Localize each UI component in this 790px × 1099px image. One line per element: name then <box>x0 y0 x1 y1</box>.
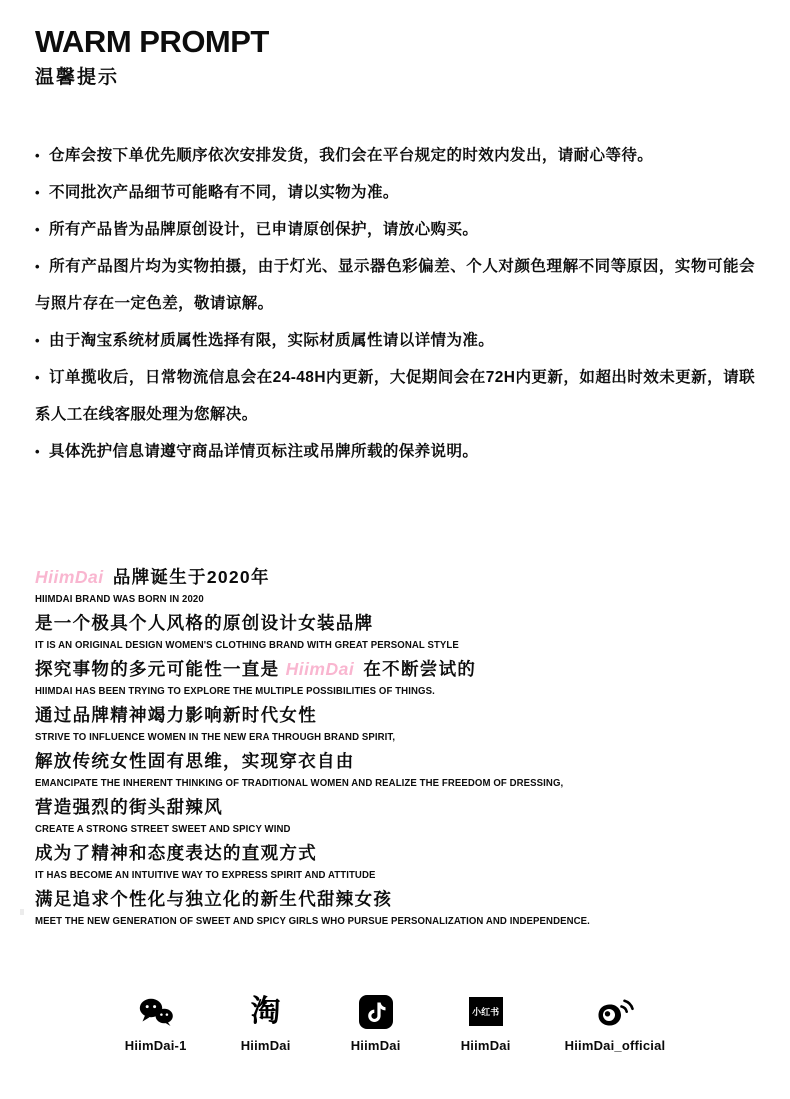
brand-story-text: 是一个极具个人风格的原创设计女装品牌 <box>35 613 373 633</box>
warm-prompt-page: WARM PROMPT 温馨提示 仓库会按下单优先顺序依次安排发货，我们会在平台… <box>0 0 790 1099</box>
brand-story-line-cn: 解放传统女性固有思维，实现穿衣自由 <box>35 750 755 772</box>
social-account: 小红书 HiimDai <box>455 992 517 1053</box>
weibo-icon <box>595 992 635 1032</box>
social-handle: HiimDai_official <box>565 1038 666 1053</box>
brand-story-line: 解放传统女性固有思维，实现穿衣自由 EMANCIPATE THE INHEREN… <box>35 750 755 790</box>
notice-list: 仓库会按下单优先顺序依次安排发货，我们会在平台规定的时效内发出，请耐心等待。不同… <box>35 137 755 470</box>
social-account: 淘 HiimDai <box>235 992 297 1053</box>
notice-item: 由于淘宝系统材质属性选择有限，实际材质属性请以详情为准。 <box>35 322 755 359</box>
brand-story-line-cn: 营造强烈的街头甜辣风 <box>35 796 755 818</box>
brand-story-text: 营造强烈的街头甜辣风 <box>35 797 223 817</box>
social-account: HiimDai_official <box>565 992 666 1053</box>
brand-story-line: 营造强烈的街头甜辣风 CREATE A STRONG STREET SWEET … <box>35 796 755 836</box>
brand-name-accent: HiimDai <box>286 659 358 679</box>
brand-story-text: 探究事物的多元可能性一直是 <box>35 659 286 679</box>
brand-story-line: HiimDai 品牌诞生于2020年 HIIMDAI BRAND WAS BOR… <box>35 566 755 606</box>
brand-story-text: 通过品牌精神竭力影响新时代女性 <box>35 705 317 725</box>
notice-item: 所有产品皆为品牌原创设计，已申请原创保护，请放心购买。 <box>35 211 755 248</box>
notice-item: 订单揽收后，日常物流信息会在24-48H内更新，大促期间会在72H内更新，如超出… <box>35 359 755 433</box>
brand-story-line-cn: 是一个极具个人风格的原创设计女装品牌 <box>35 612 755 634</box>
brand-story-line: 探究事物的多元可能性一直是 HiimDai 在不断尝试的 HIIMDAI HAS… <box>35 658 755 698</box>
page-subtitle: 温馨提示 <box>35 62 755 89</box>
brand-story-line: 满足追求个性化与独立化的新生代甜辣女孩 MEET THE NEW GENERAT… <box>35 888 755 928</box>
brand-story-line: 成为了精神和态度表达的直观方式 IT HAS BECOME AN INTUITI… <box>35 842 755 882</box>
brand-story-line-cn: 探究事物的多元可能性一直是 HiimDai 在不断尝试的 <box>35 658 755 680</box>
brand-story-text: 在不断尝试的 <box>357 659 476 679</box>
stray-mark <box>20 909 24 915</box>
brand-story-line-en: MEET THE NEW GENERATION OF SWEET AND SPI… <box>35 916 726 928</box>
social-handle: HiimDai-1 <box>125 1038 187 1053</box>
brand-story-line-en: HIIMDAI HAS BEEN TRYING TO EXPLORE THE M… <box>35 686 726 698</box>
brand-name-accent: HiimDai <box>35 567 107 587</box>
brand-story-line-en: IT HAS BECOME AN INTUITIVE WAY TO EXPRES… <box>35 870 726 882</box>
notice-item: 所有产品图片均为实物拍摄，由于灯光、显示器色彩偏差、个人对颜色理解不同等原因，实… <box>35 248 755 322</box>
brand-story-line: 是一个极具个人风格的原创设计女装品牌 IT IS AN ORIGINAL DES… <box>35 612 755 652</box>
social-account: HiimDai-1 <box>125 992 187 1053</box>
notice-item: 不同批次产品细节可能略有不同，请以实物为准。 <box>35 174 755 211</box>
xiaohongshu-icon: 小红书 <box>469 992 503 1032</box>
brand-story-line-cn: 通过品牌精神竭力影响新时代女性 <box>35 704 755 726</box>
brand-story-line: 通过品牌精神竭力影响新时代女性 STRIVE TO INFLUENCE WOME… <box>35 704 755 744</box>
brand-story: HiimDai 品牌诞生于2020年 HIIMDAI BRAND WAS BOR… <box>35 566 755 928</box>
brand-story-line-cn: 成为了精神和态度表达的直观方式 <box>35 842 755 864</box>
brand-story-line-en: EMANCIPATE THE INHERENT THINKING OF TRAD… <box>35 778 726 790</box>
brand-story-line-en: IT IS AN ORIGINAL DESIGN WOMEN'S CLOTHIN… <box>35 640 726 652</box>
notice-item: 仓库会按下单优先顺序依次安排发货，我们会在平台规定的时效内发出，请耐心等待。 <box>35 137 755 174</box>
brand-story-text: 解放传统女性固有思维，实现穿衣自由 <box>35 751 355 771</box>
notice-item: 具体洗护信息请遵守商品详情页标注或吊牌所载的保养说明。 <box>35 433 755 470</box>
brand-story-line-en: HIIMDAI BRAND WAS BORN IN 2020 <box>35 594 726 606</box>
social-links-row: HiimDai-1 淘 HiimDai HiimDai 小红书 HiimDai … <box>0 992 790 1053</box>
brand-story-line-en: STRIVE TO INFLUENCE WOMEN IN THE NEW ERA… <box>35 732 726 744</box>
brand-story-text: 成为了精神和态度表达的直观方式 <box>35 843 317 863</box>
douyin-icon <box>359 992 393 1032</box>
brand-story-line-cn: HiimDai 品牌诞生于2020年 <box>35 566 755 588</box>
taobao-icon: 淘 <box>251 992 281 1032</box>
wechat-icon <box>138 992 174 1032</box>
page-title: WARM PROMPT <box>35 26 755 59</box>
page-header: WARM PROMPT 温馨提示 <box>0 0 790 89</box>
social-handle: HiimDai <box>241 1038 291 1053</box>
social-handle: HiimDai <box>461 1038 511 1053</box>
social-handle: HiimDai <box>351 1038 401 1053</box>
social-account: HiimDai <box>345 992 407 1053</box>
brand-story-line-cn: 满足追求个性化与独立化的新生代甜辣女孩 <box>35 888 755 910</box>
brand-story-text: 满足追求个性化与独立化的新生代甜辣女孩 <box>35 889 392 909</box>
brand-story-text: 品牌诞生于2020年 <box>107 567 270 587</box>
brand-story-line-en: CREATE A STRONG STREET SWEET AND SPICY W… <box>35 824 726 836</box>
